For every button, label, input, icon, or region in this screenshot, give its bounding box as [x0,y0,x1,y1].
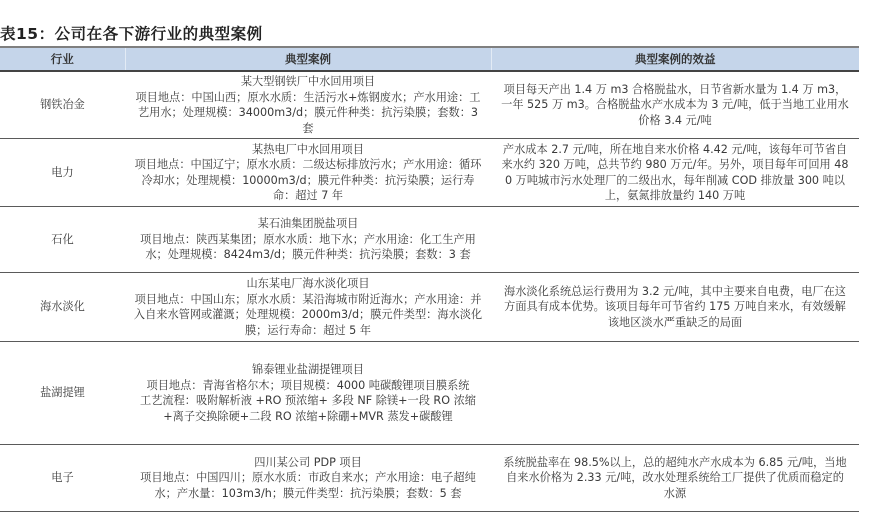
case-name: 四川某公司 PDP 项目 [133,455,483,471]
case-detail: 项目地点：中国山西；原水水质：生活污水+炼钢废水；产水用途：工艺用水；处理规模：… [133,90,483,137]
case-cell: 山东某电厂海水淡化项目 项目地点：中国山东；原水水质：某沿海城市附近海水；产水用… [125,273,491,342]
table-row: 盐湖提锂 锦泰锂业盐湖提锂项目 项目地点：青海省格尔木；项目规模：4000 吨碳… [0,342,859,445]
case-cell: 某石油集团脱盐项目 项目地点：陕西某集团；原水水质：地下水；产水用途：化工生产用… [125,207,491,273]
case-detail: 项目地点：中国四川；原水水质：市政自来水；产水用途：电子超纯水；产水量：103m… [133,470,483,501]
table-title: 表15：公司在各下游行业的典型案例 [0,22,263,44]
case-name: 某热电厂中水回用项目 [133,142,483,158]
case-cell: 某热电厂中水回用项目 项目地点：中国辽宁；原水水质：二级达标排放污水；产水用途：… [125,139,491,207]
header-benefit: 典型案例的效益 [491,47,859,71]
table-row: 石化 某石油集团脱盐项目 项目地点：陕西某集团；原水水质：地下水；产水用途：化工… [0,207,859,273]
case-detail: 项目地点：陕西某集团；原水水质：地下水；产水用途：化工生产用水；处理规模：842… [133,232,483,263]
benefit-cell: 产水成本 2.7 元/吨，所在地自来水价格 4.42 元/吨，该每年可节省自来水… [491,139,859,207]
table-row: 海水淡化 山东某电厂海水淡化项目 项目地点：中国山东；原水水质：某沿海城市附近海… [0,273,859,342]
header-case: 典型案例 [125,47,491,71]
industry-cell: 钢铁冶金 [0,71,125,139]
case-process: 工艺流程：吸附解析液 +RO 预浓缩+ 多段 NF 除镁+一段 RO 浓缩+离子… [133,393,483,424]
case-detail: 项目地点：中国山东；原水水质：某沿海城市附近海水；产水用途：并入自来水管网或灌溉… [133,292,483,339]
header-industry: 行业 [0,47,125,71]
industry-cell: 盐湖提锂 [0,342,125,445]
case-cell: 四川某公司 PDP 项目 项目地点：中国四川；原水水质：市政自来水；产水用途：电… [125,445,491,512]
benefit-cell: 系统脱盐率在 98.5%以上，总的超纯水产水成本为 6.85 元/吨，当地自来水… [491,445,859,512]
case-name: 锦泰锂业盐湖提锂项目 [133,362,483,378]
benefit-cell: 项目每天产出 1.4 万 m3 合格脱盐水，日节省新水量为 1.4 万 m3，一… [491,71,859,139]
benefit-cell [491,342,859,445]
benefit-cell [491,207,859,273]
case-name: 山东某电厂海水淡化项目 [133,276,483,292]
table-row: 电子 四川某公司 PDP 项目 项目地点：中国四川；原水水质：市政自来水；产水用… [0,445,859,512]
case-cell: 锦泰锂业盐湖提锂项目 项目地点：青海省格尔木；项目规模：4000 吨碳酸锂项目膜… [125,342,491,445]
case-detail: 项目地点：中国辽宁；原水水质：二级达标排放污水；产水用途：循环冷却水；处理规模：… [133,157,483,204]
industry-cell: 电子 [0,445,125,512]
industry-cell: 石化 [0,207,125,273]
benefit-cell: 海水淡化系统总运行费用为 3.2 元/吨，其中主要来自电费，电厂在这方面具有成本… [491,273,859,342]
industry-cell: 海水淡化 [0,273,125,342]
industry-cell: 电力 [0,139,125,207]
cases-table: 行业 典型案例 典型案例的效益 钢铁冶金 某大型钢铁厂中水回用项目 项目地点：中… [0,46,859,512]
table-row: 电力 某热电厂中水回用项目 项目地点：中国辽宁；原水水质：二级达标排放污水；产水… [0,139,859,207]
table-row: 钢铁冶金 某大型钢铁厂中水回用项目 项目地点：中国山西；原水水质：生活污水+炼钢… [0,71,859,139]
case-name: 某大型钢铁厂中水回用项目 [133,74,483,90]
header-row: 行业 典型案例 典型案例的效益 [0,47,859,71]
case-detail: 项目地点：青海省格尔木；项目规模：4000 吨碳酸锂项目膜系统 [133,378,483,394]
table-header: 行业 典型案例 典型案例的效益 [0,47,859,71]
case-cell: 某大型钢铁厂中水回用项目 项目地点：中国山西；原水水质：生活污水+炼钢废水；产水… [125,71,491,139]
case-name: 某石油集团脱盐项目 [133,216,483,232]
